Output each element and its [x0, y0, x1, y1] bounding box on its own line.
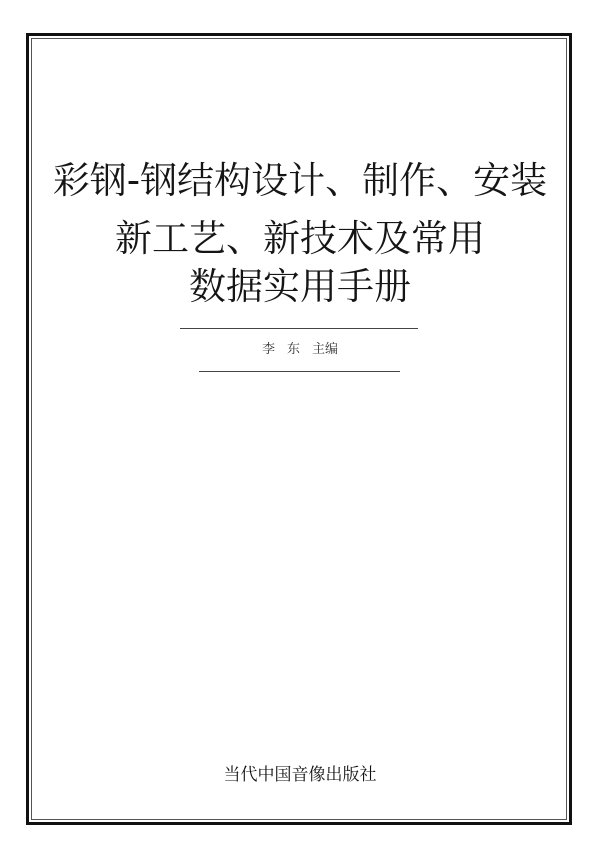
divider-top [180, 328, 418, 329]
book-title-line-1: 彩钢-钢结构设计、制作、安装 [0, 156, 600, 206]
divider-bottom [199, 371, 400, 372]
editor-given-name: 东 [287, 342, 300, 357]
publisher-name: 当代中国音像出版社 [0, 764, 600, 786]
editor-role: 主编 [312, 342, 338, 357]
book-title-line-3: 数据实用手册 [0, 262, 600, 312]
editor-credit: 李东主编 [0, 341, 600, 359]
editor-surname: 李 [262, 342, 275, 357]
book-title-line-2: 新工艺、新技术及常用 [0, 214, 600, 264]
